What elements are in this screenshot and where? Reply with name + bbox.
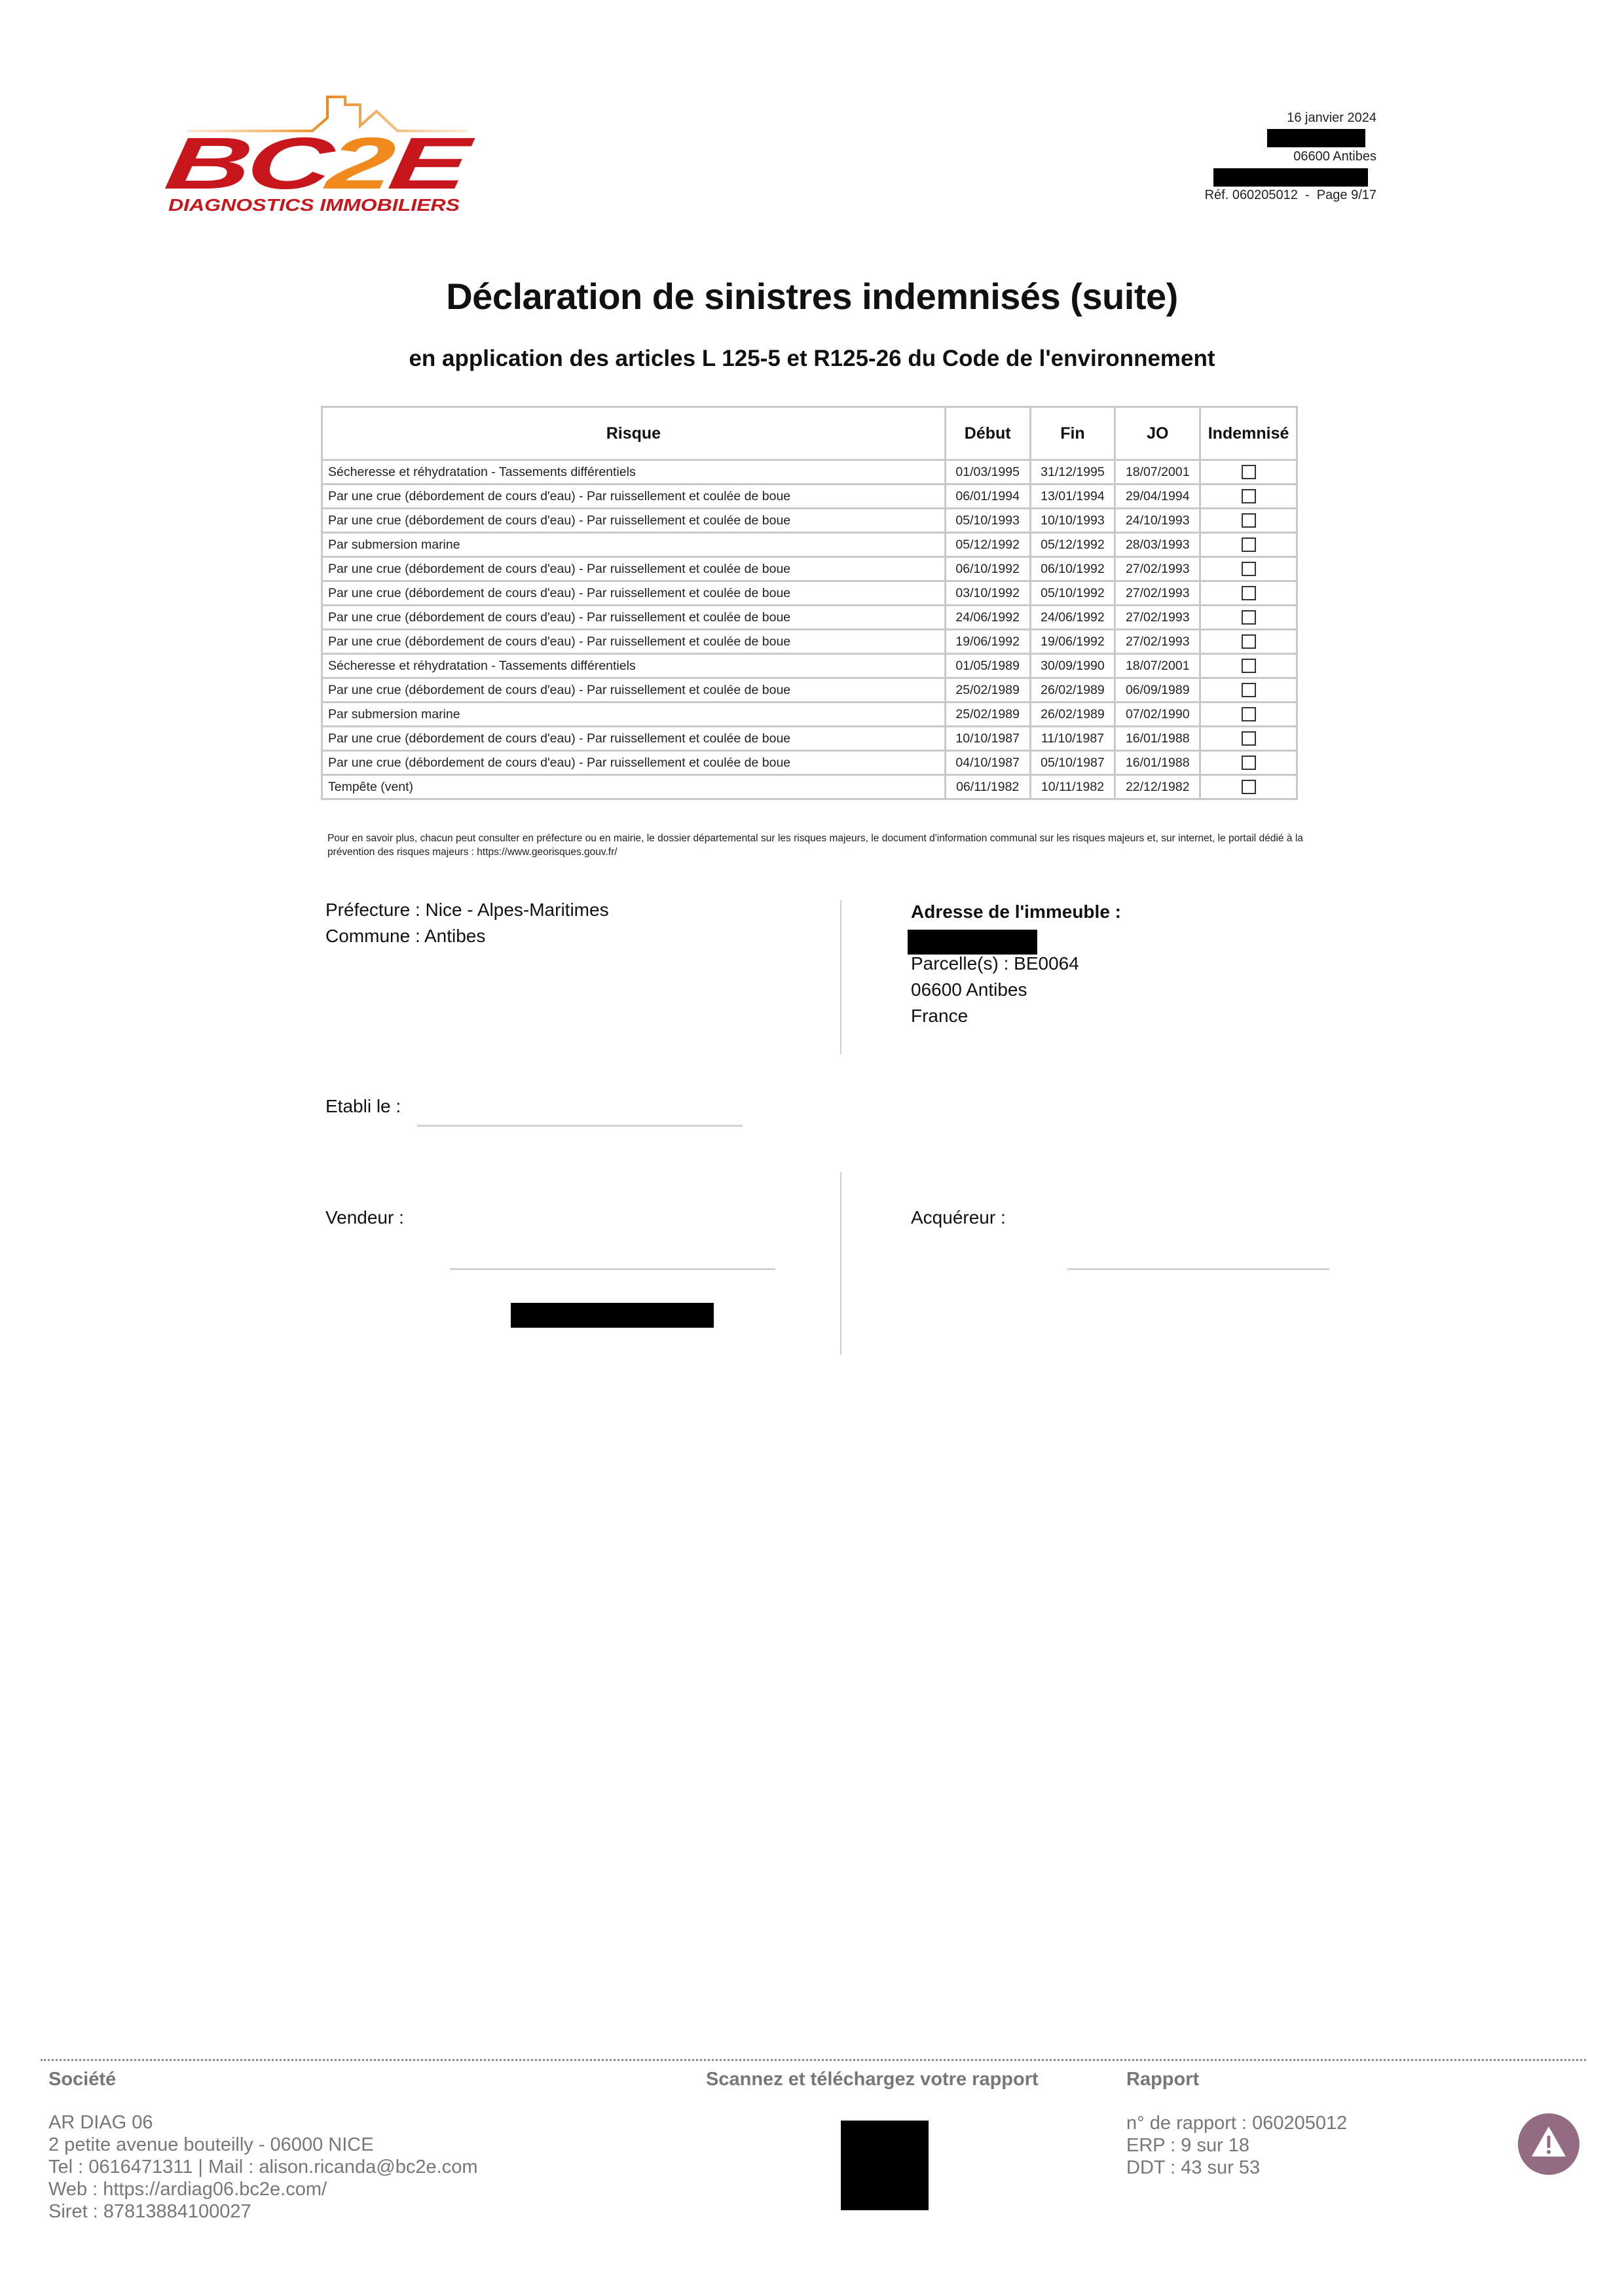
- cell-risque: Par une crue (débordement de cours d'eau…: [322, 678, 946, 702]
- cell-risque: Sécheresse et réhydratation - Tassements…: [322, 654, 946, 678]
- cell-risque: Par une crue (débordement de cours d'eau…: [322, 751, 946, 775]
- indemnise-checkbox[interactable]: [1242, 634, 1256, 649]
- table-row: Par une crue (débordement de cours d'eau…: [322, 581, 1297, 606]
- cell-debut: 06/10/1992: [945, 557, 1030, 581]
- cell-jo: 27/02/1993: [1115, 606, 1200, 630]
- footer-societe-heading: Société: [48, 2069, 116, 2090]
- cell-risque: Par une crue (débordement de cours d'eau…: [322, 509, 946, 533]
- indemnise-checkbox[interactable]: [1242, 489, 1256, 503]
- parcelle-text: Parcelle(s) : BE0064: [911, 951, 1079, 977]
- rapport-ddt-page: DDT : 43 sur 53: [1126, 2157, 1347, 2179]
- societe-web[interactable]: Web : https://ardiag06.bc2e.com/: [48, 2178, 477, 2200]
- svg-text:DIAGNOSTICS IMMOBILIERS: DIAGNOSTICS IMMOBILIERS: [168, 195, 460, 215]
- societe-contact: Tel : 0616471311 | Mail : alison.ricanda…: [48, 2156, 477, 2178]
- cell-debut: 01/05/1989: [945, 654, 1030, 678]
- table-row: Par submersion marine 25/02/1989 26/02/1…: [322, 702, 1297, 727]
- table-row: Sécheresse et réhydratation - Tassements…: [322, 460, 1297, 484]
- cell-fin: 30/09/1990: [1030, 654, 1115, 678]
- cell-debut: 06/01/1994: [945, 484, 1030, 509]
- table-row: Par une crue (débordement de cours d'eau…: [322, 509, 1297, 533]
- table-row: Par une crue (débordement de cours d'eau…: [322, 751, 1297, 775]
- cell-risque: Par une crue (débordement de cours d'eau…: [322, 557, 946, 581]
- rapport-erp-page: ERP : 9 sur 18: [1126, 2134, 1347, 2157]
- footer-rapport-heading: Rapport: [1126, 2069, 1199, 2090]
- cell-jo: 18/07/2001: [1115, 654, 1200, 678]
- table-row: Tempête (vent) 06/11/1982 10/11/1982 22/…: [322, 775, 1297, 799]
- commune-text: Commune : Antibes: [325, 923, 485, 949]
- col-header-risque: Risque: [322, 407, 946, 460]
- indemnise-checkbox[interactable]: [1242, 683, 1256, 697]
- table-header-row: Risque Début Fin JO Indemnisé: [322, 407, 1297, 460]
- logo-house-icon: BC2E DIAGNOSTICS IMMOBILIERS: [160, 85, 475, 216]
- divider-vertical-signatures: [840, 1172, 841, 1355]
- table-row: Par une crue (débordement de cours d'eau…: [322, 678, 1297, 702]
- cell-fin: 05/10/1992: [1030, 581, 1115, 606]
- cell-fin: 05/12/1992: [1030, 533, 1115, 557]
- col-header-indemnise: Indemnisé: [1200, 407, 1297, 460]
- cell-debut: 24/06/1992: [945, 606, 1030, 630]
- cell-debut: 04/10/1987: [945, 751, 1030, 775]
- rapport-number: n° de rapport : 060205012: [1126, 2112, 1347, 2134]
- indemnise-checkbox[interactable]: [1242, 538, 1256, 552]
- cell-fin: 06/10/1992: [1030, 557, 1115, 581]
- col-header-debut: Début: [945, 407, 1030, 460]
- societe-address: 2 petite avenue bouteilly - 06000 NICE: [48, 2134, 477, 2156]
- cell-debut: 06/11/1982: [945, 775, 1030, 799]
- indemnise-checkbox[interactable]: [1242, 780, 1256, 794]
- indemnise-checkbox[interactable]: [1242, 756, 1256, 770]
- redacted-commande: [1213, 168, 1368, 187]
- cell-fin: 05/10/1987: [1030, 751, 1115, 775]
- address-title: Adresse de l'immeuble :: [911, 899, 1121, 925]
- indemnise-checkbox[interactable]: [1242, 731, 1256, 746]
- page-title: Déclaration de sinistres indemnisés (sui…: [0, 275, 1624, 318]
- footer-societe-details: AR DIAG 06 2 petite avenue bouteilly - 0…: [48, 2111, 477, 2223]
- cell-fin: 26/02/1989: [1030, 702, 1115, 727]
- cell-jo: 27/02/1993: [1115, 557, 1200, 581]
- societe-siret: Siret : 87813884100027: [48, 2200, 477, 2223]
- etabli-le-field[interactable]: [417, 1125, 743, 1127]
- col-header-jo: JO: [1115, 407, 1200, 460]
- redacted-vendeur: [511, 1303, 714, 1328]
- cell-jo: 28/03/1993: [1115, 533, 1200, 557]
- indemnise-checkbox[interactable]: [1242, 562, 1256, 576]
- cell-indemnise: [1200, 654, 1297, 678]
- cell-indemnise: [1200, 702, 1297, 727]
- indemnise-checkbox[interactable]: [1242, 659, 1256, 673]
- cell-debut: 05/12/1992: [945, 533, 1030, 557]
- cell-indemnise: [1200, 460, 1297, 484]
- cell-risque: Par une crue (débordement de cours d'eau…: [322, 630, 946, 654]
- table-footnote: Pour en savoir plus, chacun peut consult…: [327, 831, 1303, 859]
- table-row: Par une crue (débordement de cours d'eau…: [322, 606, 1297, 630]
- table-row: Par une crue (débordement de cours d'eau…: [322, 727, 1297, 751]
- sinistres-table: Risque Début Fin JO Indemnisé Sécheresse…: [321, 406, 1298, 800]
- cell-debut: 19/06/1992: [945, 630, 1030, 654]
- cell-indemnise: [1200, 606, 1297, 630]
- cell-fin: 10/10/1993: [1030, 509, 1115, 533]
- indemnise-checkbox[interactable]: [1242, 513, 1256, 528]
- cell-indemnise: [1200, 775, 1297, 799]
- cell-jo: 18/07/2001: [1115, 460, 1200, 484]
- cell-risque: Par une crue (débordement de cours d'eau…: [322, 484, 946, 509]
- footer-divider: [41, 2059, 1586, 2061]
- societe-name: AR DIAG 06: [48, 2111, 477, 2134]
- col-header-fin: Fin: [1030, 407, 1115, 460]
- document-date: 16 janvier 2024: [1287, 109, 1376, 127]
- cell-debut: 05/10/1993: [945, 509, 1030, 533]
- table-row: Par une crue (débordement de cours d'eau…: [322, 630, 1297, 654]
- address-country: France: [911, 1003, 968, 1029]
- cell-indemnise: [1200, 484, 1297, 509]
- cell-indemnise: [1200, 509, 1297, 533]
- cell-debut: 03/10/1992: [945, 581, 1030, 606]
- reference-page: Réf. 060205012 - Page 9/17: [1205, 186, 1376, 204]
- footer-rapport-details: n° de rapport : 060205012 ERP : 9 sur 18…: [1126, 2112, 1347, 2179]
- cell-risque: Par une crue (débordement de cours d'eau…: [322, 727, 946, 751]
- cell-fin: 19/06/1992: [1030, 630, 1115, 654]
- address-postal-city: 06600 Antibes: [911, 977, 1027, 1003]
- cell-indemnise: [1200, 533, 1297, 557]
- cell-indemnise: [1200, 751, 1297, 775]
- cell-debut: 25/02/1989: [945, 702, 1030, 727]
- redacted-name: [1267, 129, 1365, 147]
- cell-indemnise: [1200, 581, 1297, 606]
- footer-scan-heading: Scannez et téléchargez votre rapport: [706, 2069, 1039, 2090]
- cell-fin: 24/06/1992: [1030, 606, 1115, 630]
- indemnise-checkbox[interactable]: [1242, 610, 1256, 625]
- cell-fin: 10/11/1982: [1030, 775, 1115, 799]
- cell-jo: 22/12/1982: [1115, 775, 1200, 799]
- cell-fin: 31/12/1995: [1030, 460, 1115, 484]
- cell-risque: Sécheresse et réhydratation - Tassements…: [322, 460, 946, 484]
- cell-jo: 27/02/1993: [1115, 581, 1200, 606]
- cell-risque: Par une crue (débordement de cours d'eau…: [322, 606, 946, 630]
- cell-indemnise: [1200, 630, 1297, 654]
- cell-debut: 25/02/1989: [945, 678, 1030, 702]
- table-row: Par submersion marine 05/12/1992 05/12/1…: [322, 533, 1297, 557]
- vendeur-signature-line[interactable]: [450, 1268, 775, 1270]
- indemnise-checkbox[interactable]: [1242, 707, 1256, 721]
- cell-jo: 16/01/1988: [1115, 751, 1200, 775]
- bc2e-logo: BC2E DIAGNOSTICS IMMOBILIERS: [160, 85, 475, 216]
- warning-icon: [1518, 2113, 1579, 2175]
- cell-risque: Par submersion marine: [322, 702, 946, 727]
- cell-risque: Par submersion marine: [322, 533, 946, 557]
- indemnise-checkbox[interactable]: [1242, 586, 1256, 600]
- header-city: 06600 Antibes: [1293, 147, 1376, 166]
- cell-fin: 13/01/1994: [1030, 484, 1115, 509]
- cell-fin: 11/10/1987: [1030, 727, 1115, 751]
- cell-jo: 27/02/1993: [1115, 630, 1200, 654]
- acquereur-label: Acquéreur :: [911, 1205, 1006, 1231]
- svg-text:BC2E: BC2E: [160, 122, 475, 204]
- qr-code-redacted[interactable]: [841, 2121, 929, 2210]
- cell-jo: 29/04/1994: [1115, 484, 1200, 509]
- indemnise-checkbox[interactable]: [1242, 465, 1256, 479]
- page-subtitle: en application des articles L 125-5 et R…: [0, 346, 1624, 372]
- divider-vertical: [840, 900, 841, 1054]
- cell-risque: Tempête (vent): [322, 775, 946, 799]
- cell-indemnise: [1200, 557, 1297, 581]
- vendeur-label: Vendeur :: [325, 1205, 404, 1231]
- cell-jo: 16/01/1988: [1115, 727, 1200, 751]
- cell-fin: 26/02/1989: [1030, 678, 1115, 702]
- table-row: Sécheresse et réhydratation - Tassements…: [322, 654, 1297, 678]
- cell-risque: Par une crue (débordement de cours d'eau…: [322, 581, 946, 606]
- cell-indemnise: [1200, 678, 1297, 702]
- cell-jo: 24/10/1993: [1115, 509, 1200, 533]
- cell-debut: 10/10/1987: [945, 727, 1030, 751]
- cell-indemnise: [1200, 727, 1297, 751]
- etabli-le-label: Etabli le :: [325, 1093, 401, 1120]
- acquereur-signature-line[interactable]: [1067, 1268, 1329, 1270]
- cell-debut: 01/03/1995: [945, 460, 1030, 484]
- cell-jo: 06/09/1989: [1115, 678, 1200, 702]
- table-row: Par une crue (débordement de cours d'eau…: [322, 557, 1297, 581]
- cell-jo: 07/02/1990: [1115, 702, 1200, 727]
- table-row: Par une crue (débordement de cours d'eau…: [322, 484, 1297, 509]
- prefecture-text: Préfecture : Nice - Alpes-Maritimes: [325, 897, 609, 923]
